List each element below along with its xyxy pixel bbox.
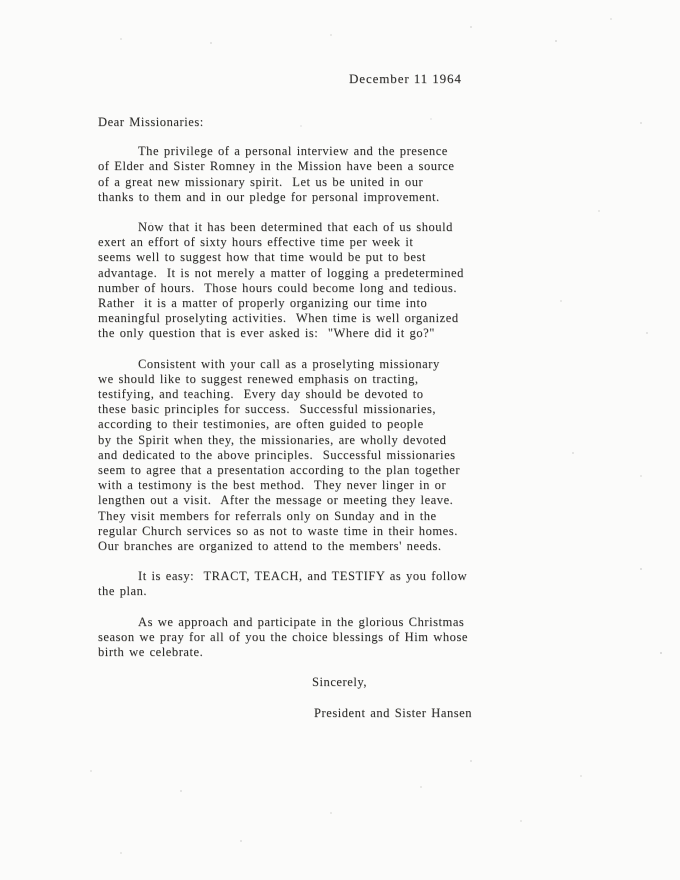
paragraph-line: of a great new missionary spirit. Let us…: [98, 175, 548, 190]
paragraph-line: regular Church services so as not to was…: [98, 524, 548, 539]
paragraph-line: As we approach and participate in the gl…: [98, 615, 548, 630]
paragraph-line: season we pray for all of you the choice…: [98, 630, 548, 645]
paragraph: The privilege of a personal interview an…: [98, 144, 548, 205]
paragraph-line: according to their testimonies, are ofte…: [98, 417, 548, 432]
paragraph-line: thanks to them and in our pledge for per…: [98, 190, 548, 205]
paragraph-line: meaningful proselyting activities. When …: [98, 311, 548, 326]
paragraph-line: Consistent with your call as a proselyti…: [98, 357, 548, 372]
paragraph-line: It is easy: TRACT, TEACH, and TESTIFY as…: [98, 569, 548, 584]
paragraph-line: seems well to suggest how that time woul…: [98, 250, 548, 265]
paragraph-line: advantage. It is not merely a matter of …: [98, 266, 548, 281]
paragraph-line: lengthen out a visit. After the message …: [98, 493, 548, 508]
paragraph-line: Rather it is a matter of properly organi…: [98, 296, 548, 311]
paragraph-line: we should like to suggest renewed emphas…: [98, 372, 548, 387]
paragraph: Now that it has been determined that eac…: [98, 220, 548, 342]
letter-content: Dear Missionaries: The privilege of a pe…: [98, 115, 548, 721]
paragraph: Consistent with your call as a proselyti…: [98, 357, 548, 555]
paragraph-line: the plan.: [98, 584, 548, 599]
paragraph-line: number of hours. Those hours could becom…: [98, 281, 548, 296]
paragraph-line: Now that it has been determined that eac…: [98, 220, 548, 235]
paragraph-line: The privilege of a personal interview an…: [98, 144, 548, 159]
paragraph-line: Our branches are organized to attend to …: [98, 539, 548, 554]
paragraph-line: birth we celebrate.: [98, 645, 548, 660]
scanned-letter-page: December 11 1964 Dear Missionaries: The …: [0, 0, 680, 880]
paragraph: It is easy: TRACT, TEACH, and TESTIFY as…: [98, 569, 548, 599]
paragraph-line: by the Spirit when they, the missionarie…: [98, 433, 548, 448]
paragraph-line: these basic principles for success. Succ…: [98, 402, 548, 417]
paragraph-line: with a testimony is the best method. The…: [98, 478, 548, 493]
paragraph-line: of Elder and Sister Romney in the Missio…: [98, 159, 548, 174]
paragraph-line: the only question that is ever asked is:…: [98, 326, 548, 341]
paragraph-line: exert an effort of sixty hours effective…: [98, 235, 548, 250]
paragraph-line: testifying, and teaching. Every day shou…: [98, 387, 548, 402]
closing: Sincerely,: [312, 675, 548, 690]
paragraph-line: and dedicated to the above principles. S…: [98, 448, 548, 463]
letter-date: December 11 1964: [349, 71, 462, 87]
paragraph-line: seem to agree that a presentation accord…: [98, 463, 548, 478]
paragraph: As we approach and participate in the gl…: [98, 615, 548, 661]
salutation: Dear Missionaries:: [98, 115, 548, 130]
paragraph-line: They visit members for referrals only on…: [98, 509, 548, 524]
letter-body: The privilege of a personal interview an…: [98, 144, 548, 660]
signature-line: President and Sister Hansen: [314, 706, 548, 721]
